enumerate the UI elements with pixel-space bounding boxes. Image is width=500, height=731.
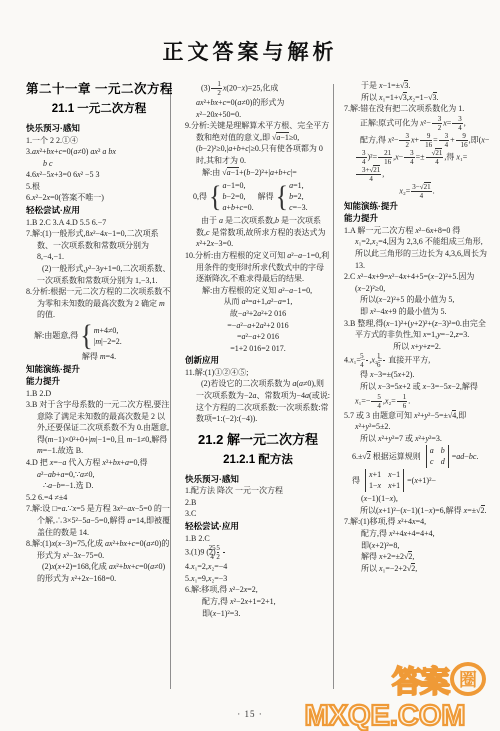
fraction: 3−√214 <box>411 183 431 200</box>
section-label: 能力提升 <box>344 212 490 225</box>
section-label: 创新应用 <box>185 354 331 367</box>
text-line: 1.A 解一元二次方程 x²−6x+8=0 得 x₁=2,x₂=4,因为 2,3… <box>344 225 490 271</box>
text-line: 得 x−3=±(5x+2). <box>344 369 490 381</box>
text-line: 1.B 2.D <box>26 388 172 400</box>
determinant-line: 6.±√2 根据运算规则abcd=ad−bc. <box>344 445 490 468</box>
text-line: 1.B 2.C <box>185 533 331 545</box>
text-line: 4.D 把 x=−a 代入方程 x²+bx+a=0,得 a²−ab+a=0,∵a… <box>26 457 172 480</box>
text-line: b c <box>26 158 172 170</box>
section-heading: 21.2.1 配方法 <box>185 453 331 467</box>
column-right: 于是 x−1=±√3.所以 x₁=1+√3,x₂=1−√3.7.解:错在没有把二… <box>344 80 490 695</box>
text-line: 2.C x²−4x+9=x²−4x+4+5=(x−2)²+5.因为(x−2)²≥… <box>344 271 490 294</box>
text-line: 正解:原式可化为 x²−32x=34, <box>344 115 490 132</box>
text-line: 即 x²−4x+9 的最小值为 5. <box>344 306 490 318</box>
text-line: 2.B <box>185 497 331 509</box>
column-left: 第二十一章 一元二次方程21.1 一元二次方程快乐预习·感知1.一个 2 2.①… <box>26 80 172 695</box>
text-line: 5.x₁=9,x₂=−3 <box>185 573 331 585</box>
text-line: 6.解:移项,得 x²−2x=2, <box>185 584 331 596</box>
fraction: 3+√214 <box>356 166 381 183</box>
answer-page: 正文答案与解析 第二十一章 一元二次方程21.1 一元二次方程快乐预习·感知1.… <box>0 0 500 731</box>
equation-system: 解:由题意,得{m+4≠0,|m|−2=2. <box>26 323 172 349</box>
fraction: 34 <box>439 132 450 149</box>
text-line: 9.分析:关键是理解算术平方根、完全平方数和绝对值的意义,即 √a−1≥0,(b… <box>185 120 331 166</box>
section-label: 能力提升 <box>26 375 172 388</box>
text-line: 配方,得 x²−2x+1=2+1, <box>185 596 331 608</box>
text-line: 5.7 或 3 由题意可知 x²+y²−5=±√4,即 x²+y²=5±2. <box>344 410 490 433</box>
text-line: (3)12x(20−x)=25,化成 ax²+bx+c=0(a≠0)的形式为 x… <box>185 80 331 120</box>
text-line: 即(x−1)²=3. <box>185 608 331 620</box>
section-label: 知能演练·提升 <box>344 200 490 213</box>
left-brace: { <box>276 182 288 212</box>
fraction: 2116 <box>378 149 392 166</box>
text-line: 所以 x²+y²=7 或 x²+y²=3. <box>344 433 490 445</box>
text-line: 4.6x²−5x+3=0 6x² −5 3 <box>26 169 172 181</box>
text-line: 10.分析:由方程根的定义可知 a²−a−1=0,利用条件的变形时所求代数式中的… <box>185 250 331 285</box>
text-line: 解:由方程根的定义知 a²−a−1=0, <box>185 285 331 297</box>
left-brace: { <box>80 321 92 351</box>
section-heading: 21.1 一元二次方程 <box>26 102 172 116</box>
text-line: x₂=3−√214. <box>344 183 490 200</box>
text-line: =1+2 016=2 017. <box>185 343 331 355</box>
text-line: =a²−a+2 016 <box>185 331 331 343</box>
text-line: 所以 x₁=−2+2√2, <box>344 563 490 575</box>
text-line: 5.根 <box>26 181 172 193</box>
equation-system: 0,得{a−1=0,b−2=0,a+b+c=0.解得{a=1,b=2,c=−3. <box>185 180 331 213</box>
section-label: 快乐预习·感知 <box>26 122 172 135</box>
section-label: 快乐预习·感知 <box>185 473 331 486</box>
page-number: · 15 · <box>0 709 500 719</box>
text-line: 3.B 对于含字母系数的一元二次方程,要注意除了满足未知数的最高次数是 2 以外… <box>26 399 172 457</box>
text-line: 所以 x₁=1+√3,x₂=1−√3. <box>344 92 490 104</box>
text-line: 6.x²−2x=0(答案不唯一) <box>26 192 172 204</box>
fraction: 16 <box>383 352 385 369</box>
section-label: 轻松尝试·应用 <box>26 204 172 217</box>
text-line: 7.解:(1)一般形式,8x²−4x−1=0,二次项系数、一次项系数和常数项分别… <box>26 228 172 263</box>
section-label: 轻松尝试·应用 <box>185 520 331 533</box>
text-line: 3.B 整理,得(x−1)²+(y+2)²+(z−3)²=0.由完全平方式的非负… <box>344 318 490 341</box>
text-line: 7.解:(1)移项,得 x²+4x=4, <box>344 516 490 528</box>
section-label: 知能演练·提升 <box>26 363 172 376</box>
fraction: 34 <box>404 149 415 166</box>
fraction: 16 <box>397 393 408 410</box>
fraction: 52 <box>223 544 225 561</box>
text-line: 从而 a²=a+1,a²−a=1, <box>185 296 331 308</box>
text-line: 5.2 6.=4 ≠±4 <box>26 492 172 504</box>
text-line: (2)x(x+2)=168,化成 ax²+bx+c=0(a≠0)的形式为 x²+… <box>26 561 172 584</box>
text-line: 1.B 2.C 3.A 4.D 5.5 6.−7 <box>26 217 172 229</box>
text-line: 11.解:(1)①②④⑤; <box>185 367 331 379</box>
text-line: 所以(x−2)²+5 的最小值为 5, <box>344 294 490 306</box>
determinant-line: 得x+1x−11−xx+1=(x+1)²− <box>344 469 490 492</box>
fraction: 32 <box>399 132 410 149</box>
left-brace: { <box>209 182 221 212</box>
text-line: 7.解:设 □=a.∵x=5 是方程 3x²−ax−5=0 的一个解,∴3×5²… <box>26 503 172 538</box>
text-line: (2)一般形式,y²−3y+1=0,二次项系数、一次项系数和常数项分别为 1,−… <box>26 263 172 286</box>
content-columns: 第二十一章 一元二次方程21.1 一元二次方程快乐预习·感知1.一个 2 2.①… <box>26 80 490 695</box>
fraction: 54 <box>371 393 382 410</box>
text-line: 由于 a 是二次项系数,b 是一次项系数,c 是常数项,故所求方程的表达式为 x… <box>185 215 331 250</box>
text-line: 8.解:(1)x(x−3)=75,化成 ax²+bx+c=0(a≠0)的形式为 … <box>26 538 172 561</box>
column-middle: (3)12x(20−x)=25,化成 ax²+bx+c=0(a≠0)的形式为 x… <box>185 80 331 695</box>
text-line: 3.ax²+bx+c=0(a≠0) ax² a bx <box>26 146 172 158</box>
text-line: ∴a−b=−1.选 D. <box>26 480 172 492</box>
text-line: 3.(1)9 (2)254 52 <box>185 544 331 561</box>
text-line: 1.配方法 降次 一元一次方程 <box>185 485 331 497</box>
text-line: 3.C <box>185 508 331 520</box>
text-line: 4.x₁=−54,x₂=16 直接开平方, <box>344 352 490 369</box>
section-heading: 21.2 解一元二次方程 <box>185 432 331 448</box>
text-line: 8.分析:根据一元二次方程的二次项系数不为零和未知数的最高次数为 2 确定 m … <box>26 286 172 321</box>
text-line: 于是 x−1=±√3. <box>344 80 490 92</box>
page-title: 正文答案与解析 <box>0 36 500 66</box>
fraction: 34 <box>356 149 367 166</box>
text-line: =−a²−a+2a²+2 016 <box>185 320 331 332</box>
text-line: 解得 x+2=±2√2, <box>344 551 490 563</box>
matrix-determinant: abcd <box>426 445 449 468</box>
text-line: 所以 x+y+z=2. <box>344 341 490 353</box>
fraction: 32 <box>432 115 443 132</box>
fraction: √214 <box>426 149 444 166</box>
text-line: 1.一个 2 2.①④ <box>26 135 172 147</box>
text-line: 配方,得 x²−32x+916=34+916,即(x−34)²=2116,x−3… <box>344 132 490 183</box>
text-line: 解得 m=4. <box>26 351 172 363</box>
chapter-heading: 第二十一章 一元二次方程 <box>26 82 172 97</box>
fraction: 12 <box>211 80 222 97</box>
text-line: 即(x+2)²=8, <box>344 540 490 552</box>
text-line: 所以 x−3=5x+2 或 x−3=−5x−2,解得 x₁=−54,x₂=16. <box>344 381 490 410</box>
text-line: 配方,得 x²+4x+4=4+4, <box>344 528 490 540</box>
matrix-determinant: x+1x−11−xx+1 <box>365 469 404 492</box>
fraction: 54 <box>366 352 368 369</box>
fraction: 916 <box>456 132 468 149</box>
text-line: (2)若设它的二次项系数为 a(a≠0),则一次项系数为−2a、常数项为−4a(… <box>185 378 331 424</box>
text-line: 所以(x+1)²−(x−1)(1−x)=6,解得 x=±√2. <box>344 505 490 517</box>
fraction: 34 <box>452 115 463 132</box>
text-line: 7.解:错在没有把二次项系数化为 1. <box>344 103 490 115</box>
text-line: 故−a³+2a²+2 016 <box>185 308 331 320</box>
fraction: 916 <box>420 132 432 149</box>
text-line: 4.x₁=2,x₂=−4 <box>185 561 331 573</box>
text-line: 解:由 √a−1+(b−2)²+|a+b+c|= <box>185 167 331 179</box>
text-line: (x−1)(1−x), <box>344 493 490 505</box>
